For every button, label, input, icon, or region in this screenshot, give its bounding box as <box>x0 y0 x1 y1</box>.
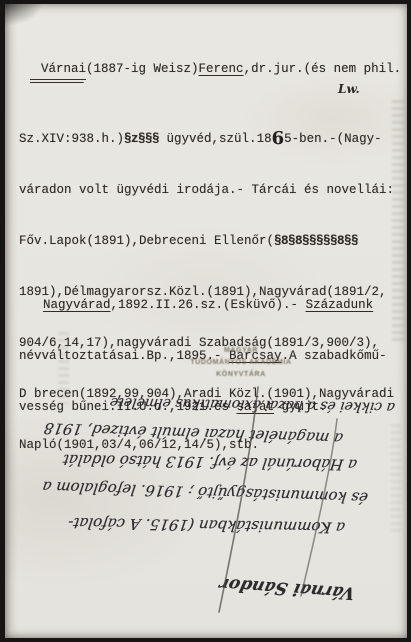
print-through-smudge <box>391 424 401 534</box>
typed-segment: §8§8§§§§§8§§ <box>274 234 358 248</box>
print-through-smudge <box>58 332 69 404</box>
typed-segment: ,1892.II.26.sz.(Esküvő).- <box>111 298 306 312</box>
scanned-index-card-photo: { "typed": { "title_segments": [ {"t":"V… <box>0 0 411 642</box>
handwritten-line: a Kommunistákban (1915. A cáfolat- <box>29 513 346 536</box>
stamp-line: TUDOMÁNYOS AKADÉMIA <box>187 357 295 369</box>
typed-segment: Nagyvárad <box>43 298 111 312</box>
typed-segment: .A szabadkőmű- <box>282 349 387 363</box>
typed-segment: ügyvéd,szül.18 <box>159 132 272 146</box>
handwritten-lw-note: Lw. <box>338 82 360 96</box>
typed-segment: Sz.XIV:938.h.) <box>19 132 124 146</box>
stamp-line: KÖNYVTÁRA <box>187 369 295 381</box>
typed-title-line: Várnai(1887-ig Weisz)Ferenc,dr.jur.(és n… <box>19 61 401 78</box>
typed-line: Sz.XIV:938.h.)§z§§§ ügyvéd,szül.1865-ben… <box>19 130 394 148</box>
stamp-line: MAGYAR <box>187 345 295 357</box>
print-through-smudge <box>392 100 404 345</box>
typed-segment: Várnai <box>30 61 86 83</box>
typed-segment: 5-ben.-(Nagy- <box>284 132 382 146</box>
typed-line: Főv.Lapok(1891),Debreceni Ellenőr(§8§8§§… <box>19 233 394 250</box>
typed-segment: (1887-ig Weisz) <box>86 62 199 76</box>
typed-segment: Főv.Lapok(1891),Debreceni Ellenőr( <box>19 234 274 248</box>
handwritten-signature: Várnai Sándor <box>211 573 357 603</box>
typed-segment: §z§§§ <box>124 132 159 146</box>
typed-segment: Századunk <box>306 298 374 312</box>
typed-segment: Ferenc <box>199 62 244 76</box>
typed-segment: ,dr.jur.(és nem phil. <box>244 62 402 76</box>
typed-line: váradon volt ügyvédi irodája.- Tárcái és… <box>19 182 394 199</box>
typed-line: Nagyvárad,1892.II.26.sz.(Esküvő).- Száza… <box>19 297 387 314</box>
corner-smudge <box>5 4 57 38</box>
index-card: Várnai(1887-ig Weisz)Ferenc,dr.jur.(és n… <box>5 4 407 638</box>
library-stamp: MAGYAR TUDOMÁNYOS AKADÉMIA KÖNYVTÁRA <box>187 345 295 381</box>
typed-segment: 6 <box>272 128 285 149</box>
